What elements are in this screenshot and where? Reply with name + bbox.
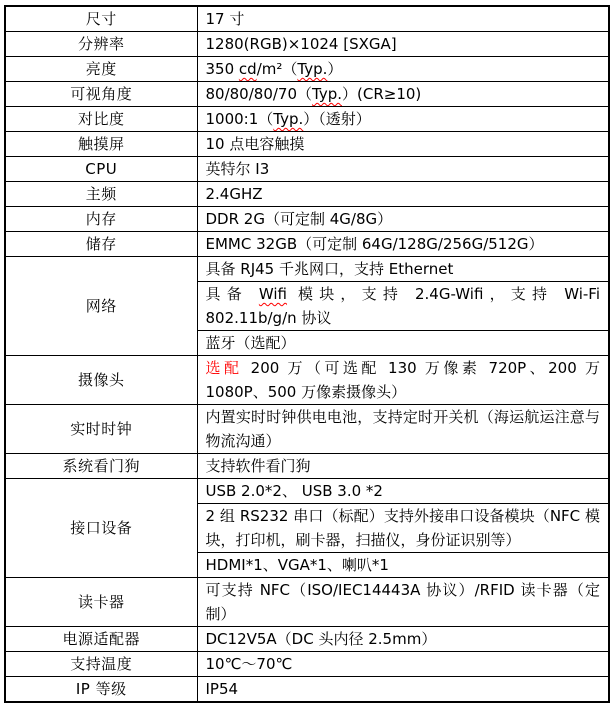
spellcheck-underlined-text: Wifi [259, 285, 287, 303]
text-segment: 支持软件看门狗 [206, 457, 311, 475]
spec-label: 可视角度 [5, 82, 197, 107]
text-segment: 350 [206, 60, 239, 78]
spec-label: 亮度 [5, 57, 197, 82]
text-segment: 具备 RJ45 千兆网口，支持 Ethernet [206, 260, 454, 278]
text-segment: 英特尔 I3 [206, 160, 270, 178]
spec-value: 可支持 NFC（ISO/IEC14443A 协议）/RFID 读卡器（定制） [197, 578, 609, 627]
spec-value: 17 寸 [197, 6, 609, 32]
spec-label: 主频 [5, 182, 197, 207]
spec-value: 80/80/80/70（Typ.）(CR≥10) [197, 82, 609, 107]
spec-sheet: 尺寸17 寸分辨率1280(RGB)×1024 [SXGA]亮度350 cd/m… [0, 0, 614, 701]
text-segment: DC12V5A（DC 头内径 2.5mm） [206, 630, 437, 648]
spec-value: 蓝牙（选配） [197, 331, 609, 356]
table-row: CPU英特尔 I3 [5, 157, 609, 182]
spec-value: 支持软件看门狗 [197, 454, 609, 479]
table-row: 储存EMMC 32GB（可定制 64G/128G/256G/512G） [5, 232, 609, 257]
table-row: 摄像头选配 200 万（可选配 130 万像素 720P、200 万 1080P… [5, 356, 609, 405]
spec-value: 350 cd/m²（Typ.） [197, 57, 609, 82]
spec-label: 支持温度 [5, 652, 197, 677]
table-row: 亮度350 cd/m²（Typ.） [5, 57, 609, 82]
red-highlight-text: 选配 [206, 359, 243, 377]
spec-label: 摄像头 [5, 356, 197, 405]
table-row: 内存DDR 2G（可定制 4G/8G） [5, 207, 609, 232]
spec-label: 网络 [5, 257, 197, 356]
text-segment: ） [327, 60, 342, 78]
spec-label: IP 等级 [5, 677, 197, 703]
spec-table: 尺寸17 寸分辨率1280(RGB)×1024 [SXGA]亮度350 cd/m… [4, 5, 610, 703]
text-segment: 具备 [206, 285, 259, 303]
table-row: 对比度1000:1（Typ.）（透射） [5, 107, 609, 132]
spec-label: 系统看门狗 [5, 454, 197, 479]
spec-label: 对比度 [5, 107, 197, 132]
spec-value: 具备 Wifi 模块，支持 2.4G-Wifi，支持 Wi-Fi 802.11b… [197, 282, 609, 331]
text-segment: 可支持 NFC（ISO/IEC14443A 协议）/RFID 读卡器（定制） [206, 581, 601, 623]
text-segment: 1000:1（ [206, 110, 274, 128]
spec-value: 内置实时时钟供电电池，支持定时开关机（海运航运注意与物流沟通） [197, 405, 609, 454]
text-segment: HDMI*1、VGA*1、喇叭*1 [206, 556, 389, 574]
spellcheck-underlined-text: cd [239, 60, 257, 78]
text-segment: 2 组 RS232 串口（标配）支持外接串口设备模块（NFC 模块，打印机，刷卡… [206, 507, 601, 549]
spec-value: 2 组 RS232 串口（标配）支持外接串口设备模块（NFC 模块，打印机，刷卡… [197, 504, 609, 553]
text-segment: 蓝牙（选配） [206, 334, 296, 352]
text-segment: 2.4GHZ [206, 185, 263, 203]
spellcheck-underlined-text: Typ. [273, 110, 303, 128]
spec-label: 触摸屏 [5, 132, 197, 157]
spec-value: 10 点电容触摸 [197, 132, 609, 157]
table-row: 电源适配器DC12V5A（DC 头内径 2.5mm） [5, 627, 609, 652]
text-segment: 10℃～70℃ [206, 655, 293, 673]
table-row: 分辨率1280(RGB)×1024 [SXGA] [5, 32, 609, 57]
text-segment: ）(CR≥10) [342, 85, 421, 103]
spellcheck-underlined-text: Typ. [297, 60, 327, 78]
table-row: 实时时钟内置实时时钟供电电池，支持定时开关机（海运航运注意与物流沟通） [5, 405, 609, 454]
text-segment: EMMC 32GB（可定制 64G/128G/256G/512G） [206, 235, 544, 253]
spec-value: 1000:1（Typ.）（透射） [197, 107, 609, 132]
table-row: 读卡器可支持 NFC（ISO/IEC14443A 协议）/RFID 读卡器（定制… [5, 578, 609, 627]
spec-label: 读卡器 [5, 578, 197, 627]
text-segment: IP54 [206, 680, 239, 698]
spec-label: CPU [5, 157, 197, 182]
spec-value: HDMI*1、VGA*1、喇叭*1 [197, 553, 609, 578]
spec-label: 尺寸 [5, 6, 197, 32]
spec-value: 选配 200 万（可选配 130 万像素 720P、200 万 1080P、50… [197, 356, 609, 405]
spec-value: DDR 2G（可定制 4G/8G） [197, 207, 609, 232]
table-row: 接口设备USB 2.0*2、 USB 3.0 *2 [5, 479, 609, 504]
spellcheck-underlined-text: Typ. [312, 85, 342, 103]
table-row: 触摸屏10 点电容触摸 [5, 132, 609, 157]
spec-label: 电源适配器 [5, 627, 197, 652]
spec-value: DC12V5A（DC 头内径 2.5mm） [197, 627, 609, 652]
spec-label: 实时时钟 [5, 405, 197, 454]
table-row: 可视角度80/80/80/70（Typ.）(CR≥10) [5, 82, 609, 107]
text-segment: 1280(RGB)×1024 [SXGA] [206, 35, 397, 53]
spec-value: IP54 [197, 677, 609, 703]
text-segment: /m²（ [257, 60, 298, 78]
text-segment: 17 寸 [206, 10, 245, 28]
spec-label: 接口设备 [5, 479, 197, 578]
text-segment: 80/80/80/70（ [206, 85, 313, 103]
spec-value: EMMC 32GB（可定制 64G/128G/256G/512G） [197, 232, 609, 257]
spec-value: 具备 RJ45 千兆网口，支持 Ethernet [197, 257, 609, 282]
text-segment: DDR 2G（可定制 4G/8G） [206, 210, 393, 228]
text-segment: USB 2.0*2、 USB 3.0 *2 [206, 482, 383, 500]
spec-value: 2.4GHZ [197, 182, 609, 207]
text-segment: ）（透射） [303, 110, 371, 128]
table-row: 主频2.4GHZ [5, 182, 609, 207]
table-row: 支持温度10℃～70℃ [5, 652, 609, 677]
text-segment: 200 万（可选配 130 万像素 720P、200 万 1080P、500 万… [206, 359, 601, 401]
spec-label: 分辨率 [5, 32, 197, 57]
table-row: 尺寸17 寸 [5, 6, 609, 32]
table-row: 网络具备 RJ45 千兆网口，支持 Ethernet [5, 257, 609, 282]
spec-value: USB 2.0*2、 USB 3.0 *2 [197, 479, 609, 504]
table-row: IP 等级IP54 [5, 677, 609, 703]
table-row: 系统看门狗支持软件看门狗 [5, 454, 609, 479]
spec-label: 内存 [5, 207, 197, 232]
spec-label: 储存 [5, 232, 197, 257]
text-segment: 10 点电容触摸 [206, 135, 305, 153]
spec-table-body: 尺寸17 寸分辨率1280(RGB)×1024 [SXGA]亮度350 cd/m… [5, 6, 609, 702]
spec-value: 1280(RGB)×1024 [SXGA] [197, 32, 609, 57]
spec-value: 10℃～70℃ [197, 652, 609, 677]
text-segment: 内置实时时钟供电电池，支持定时开关机（海运航运注意与物流沟通） [206, 408, 601, 450]
spec-value: 英特尔 I3 [197, 157, 609, 182]
